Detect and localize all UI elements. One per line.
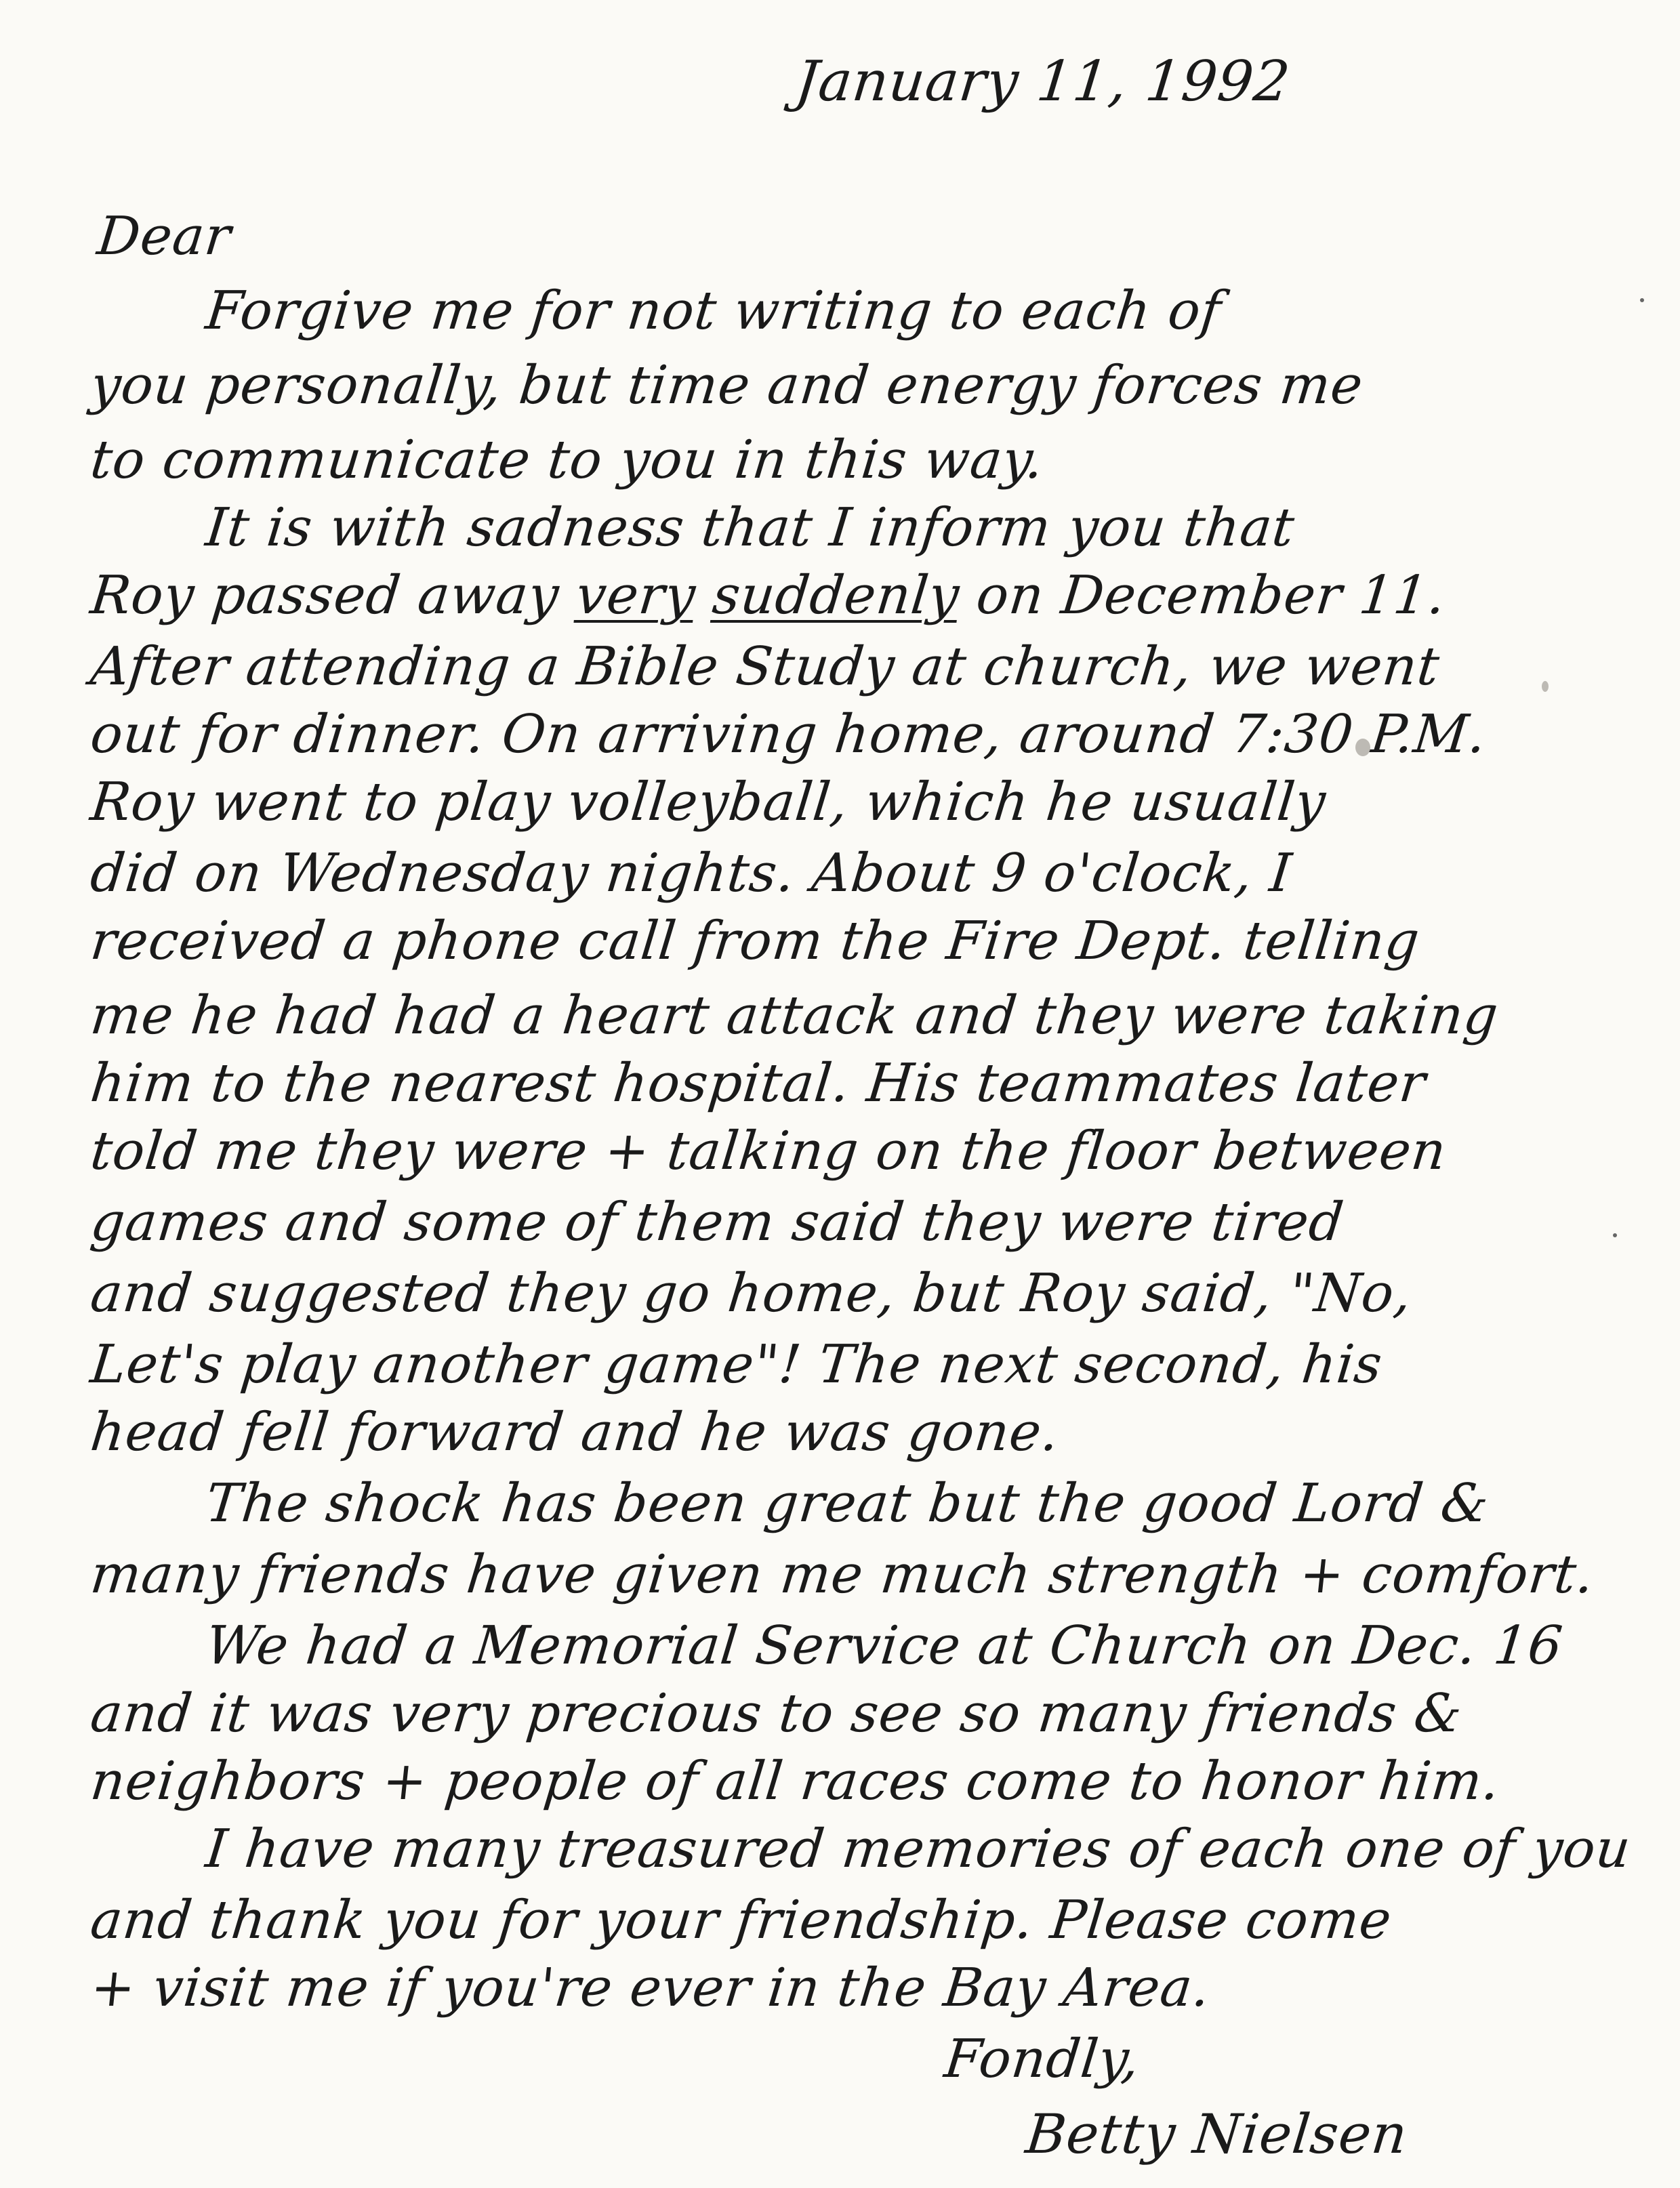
signature: Betty Nielsen	[1023, 2107, 1410, 2162]
body-line: him to the nearest hospital. His teammat…	[88, 1057, 1429, 1110]
body-line-emphasis: Roy passed away very suddenly on Decembe…	[88, 569, 1448, 622]
letter-date: January 11, 1992	[793, 54, 1293, 110]
body-line: It is with sadness that I inform you tha…	[203, 501, 1297, 554]
body-line: Forgive me for not writing to each of	[203, 285, 1224, 337]
body-line: Let's play another game"! The next secon…	[88, 1338, 1385, 1391]
body-line: + visit me if you're ever in the Bay Are…	[88, 1962, 1213, 2015]
salutation: Dear	[95, 210, 234, 263]
closing: Fondly,	[942, 2033, 1143, 2086]
text-segment: Roy passed away	[87, 565, 579, 626]
body-line: to communicate to you in this way.	[88, 434, 1046, 487]
underlined-word: very	[573, 565, 699, 626]
body-line: I have many treasured memories of each o…	[203, 1823, 1633, 1876]
body-line: games and some of them said they were ti…	[88, 1196, 1347, 1249]
body-line: you personally, but time and energy forc…	[88, 359, 1366, 412]
body-line: and suggested they go home, but Roy said…	[88, 1267, 1414, 1320]
body-line: and thank you for your friendship. Pleas…	[88, 1894, 1394, 1947]
body-line: out for dinner. On arriving home, around…	[88, 708, 1489, 761]
paper-speck	[1355, 739, 1370, 756]
body-line: many friends have given me much strength…	[88, 1548, 1597, 1601]
body-line: and it was very precious to see so many …	[88, 1687, 1465, 1740]
paper-speck	[1613, 1233, 1617, 1237]
paper-speck	[1542, 681, 1549, 692]
underlined-word: suddenly	[710, 565, 962, 626]
body-line: told me they were + talking on the floor…	[88, 1125, 1449, 1178]
paper-speck	[1640, 298, 1644, 302]
body-line: After attending a Bible Study at church,…	[88, 640, 1442, 693]
body-line: Roy went to play volleyball, which he us…	[88, 776, 1328, 829]
body-line: did on Wednesday nights. About 9 o'clock…	[88, 847, 1294, 900]
body-line: received a phone call from the Fire Dept…	[88, 915, 1422, 968]
body-line: neighbors + people of all races come to …	[88, 1755, 1502, 1808]
text-segment: on December 11.	[956, 565, 1449, 626]
body-line: me he had had a heart attack and they we…	[88, 989, 1501, 1042]
body-line: The shock has been great but the good Lo…	[203, 1477, 1492, 1530]
body-line: head fell forward and he was gone.	[88, 1406, 1062, 1459]
body-line: We had a Memorial Service at Church on D…	[203, 1619, 1565, 1672]
